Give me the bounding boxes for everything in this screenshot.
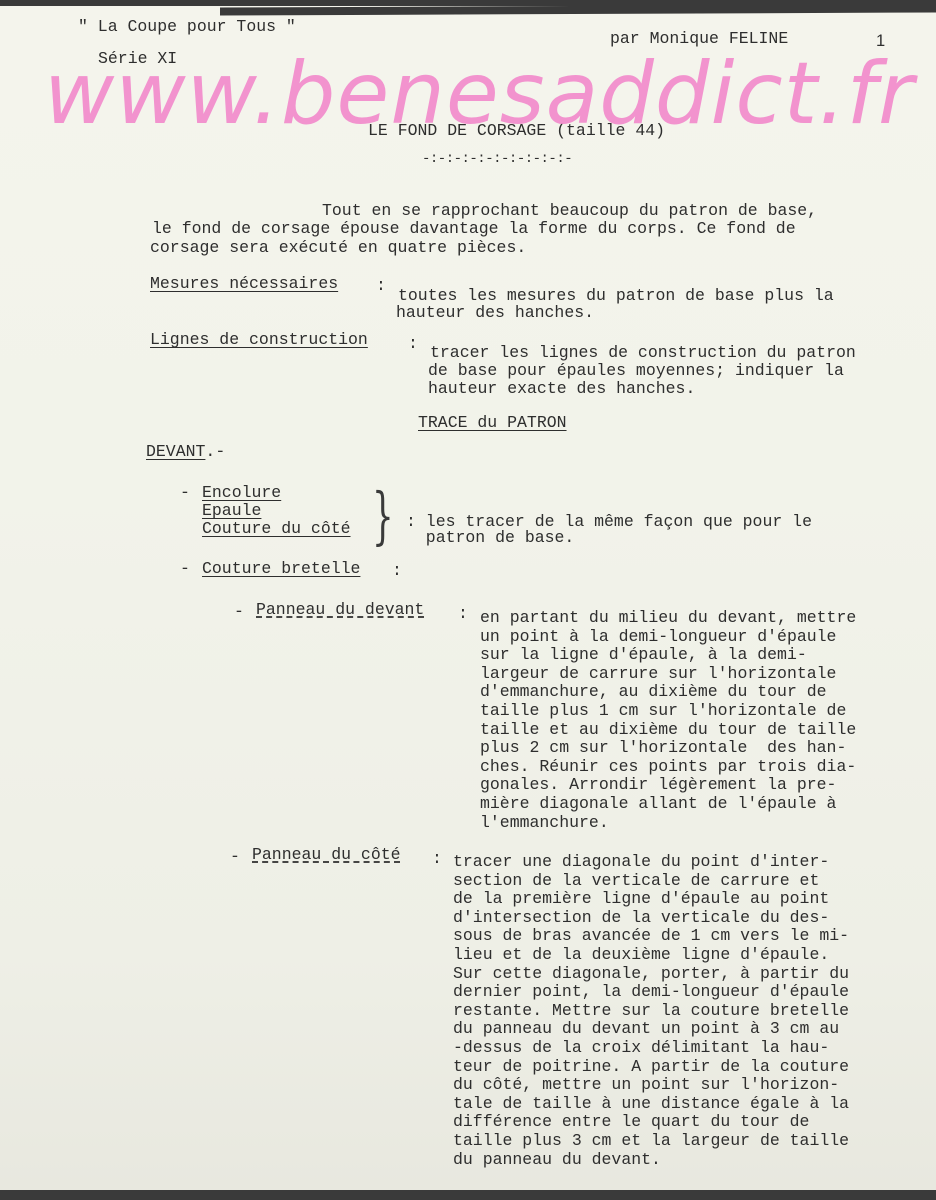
group-dash: - [180,484,190,503]
panneau-devant-dash: - [234,603,244,622]
document-page: " La Coupe pour Tous " Série XI par Moni… [0,6,936,1190]
paragraph-line: mière diagonale allant de l'épaule à [480,795,836,814]
paragraph-line: section de la verticale de carrure et [453,872,819,891]
intro-line: le fond de corsage épouse davantage la f… [152,220,796,239]
panneau-devant-label: Panneau du devant [256,601,424,620]
lignes-line: tracer les lignes de construction du pat… [430,344,856,363]
paragraph-line: du panneau du devant. [453,1151,661,1170]
paragraph-line: un point à la demi-longueur d'épaule [480,628,836,647]
devant-heading: DEVANT.- [146,443,225,462]
paragraph-line: dernier point, la demi-longueur d'épaule [453,983,849,1002]
devant-heading-suffix: .- [205,442,225,461]
lignes-colon: : [408,335,418,354]
paragraph-line: gonales. Arrondir légèrement la pre- [480,776,836,795]
paragraph-line: tracer une diagonale du point d'inter- [453,853,829,872]
lignes-line: hauteur exacte des hanches. [428,380,695,399]
intro-line: corsage sera exécuté en quatre pièces. [150,239,526,258]
paragraph-line: différence entre le quart du tour de [453,1113,809,1132]
bretelle-dash: - [180,560,190,579]
group-item-epaule: Epaule [202,502,261,521]
trace-heading: TRACE du PATRON [418,414,567,433]
paragraph-line: Sur cette diagonale, porter, à partir du [453,965,849,984]
paragraph-line: l'emmanchure. [480,814,609,833]
paragraph-line: de la première ligne d'épaule au point [453,890,829,909]
bretelle-colon: : [392,562,402,581]
scan-edge [220,4,936,15]
paragraph-line: d'emmanchure, au dixième du tour de [480,683,827,702]
paragraph-line: taille plus 3 cm et la largeur de taille [453,1132,849,1151]
paragraph-line: sous de bras avancée de 1 cm vers le mi- [453,927,849,946]
mesures-label: Mesures nécessaires [150,275,338,294]
mesures-colon: : [376,277,386,296]
paragraph-line: du côté, mettre un point sur l'horizon- [453,1076,839,1095]
lignes-line: de base pour épaules moyennes; indiquer … [428,362,844,381]
panneau-cote-dash: - [230,848,240,867]
brace-symbol: } [372,488,378,544]
mesures-line: hauteur des hanches. [396,304,594,323]
series-title: " La Coupe pour Tous " [78,18,296,37]
paragraph-line: teur de poitrine. A partir de la couture [453,1058,849,1077]
paragraph-line: d'intersection de la verticale du des- [453,909,829,928]
watermark: www.benesaddict.fr [44,44,914,144]
paragraph-line: taille plus 1 cm sur l'horizontale de [480,702,846,721]
devant-heading-text: DEVANT [146,442,205,461]
paragraph-line: lieu et de la deuxième ligne d'épaule. [453,946,829,965]
group-item-couture-cote: Couture du côté [202,520,351,539]
paragraph-line: plus 2 cm sur l'horizontale des han- [480,739,846,758]
panneau-cote-label: Panneau du côté [252,846,401,865]
paragraph-line: ches. Réunir ces points par trois dia- [480,758,856,777]
group-item-encolure: Encolure [202,484,281,503]
paragraph-line: taille et au dixième du tour de taille [480,721,856,740]
paragraph-line: restante. Mettre sur la couture bretelle [453,1002,849,1021]
intro-line: Tout en se rapprochant beaucoup du patro… [322,202,817,221]
title-separator: -:-:-:-:-:-:-:-:-:- [422,150,572,169]
paragraph-line: du panneau du devant un point à 3 cm au [453,1020,839,1039]
bretelle-label: Couture bretelle [202,560,360,579]
paragraph-line: largeur de carrure sur l'horizontale [480,665,836,684]
panneau-cote-colon: : [432,850,442,869]
paragraph-line: -dessus de la croix délimitant la hau- [453,1039,829,1058]
lignes-label: Lignes de construction [150,331,368,350]
panneau-devant-colon: : [458,605,468,624]
group-line: patron de base. [406,529,574,548]
paragraph-line: tale de taille à une distance égale à la [453,1095,849,1114]
paragraph-line: sur la ligne d'épaule, à la demi- [480,646,807,665]
paragraph-line: en partant du milieu du devant, mettre [480,609,856,628]
